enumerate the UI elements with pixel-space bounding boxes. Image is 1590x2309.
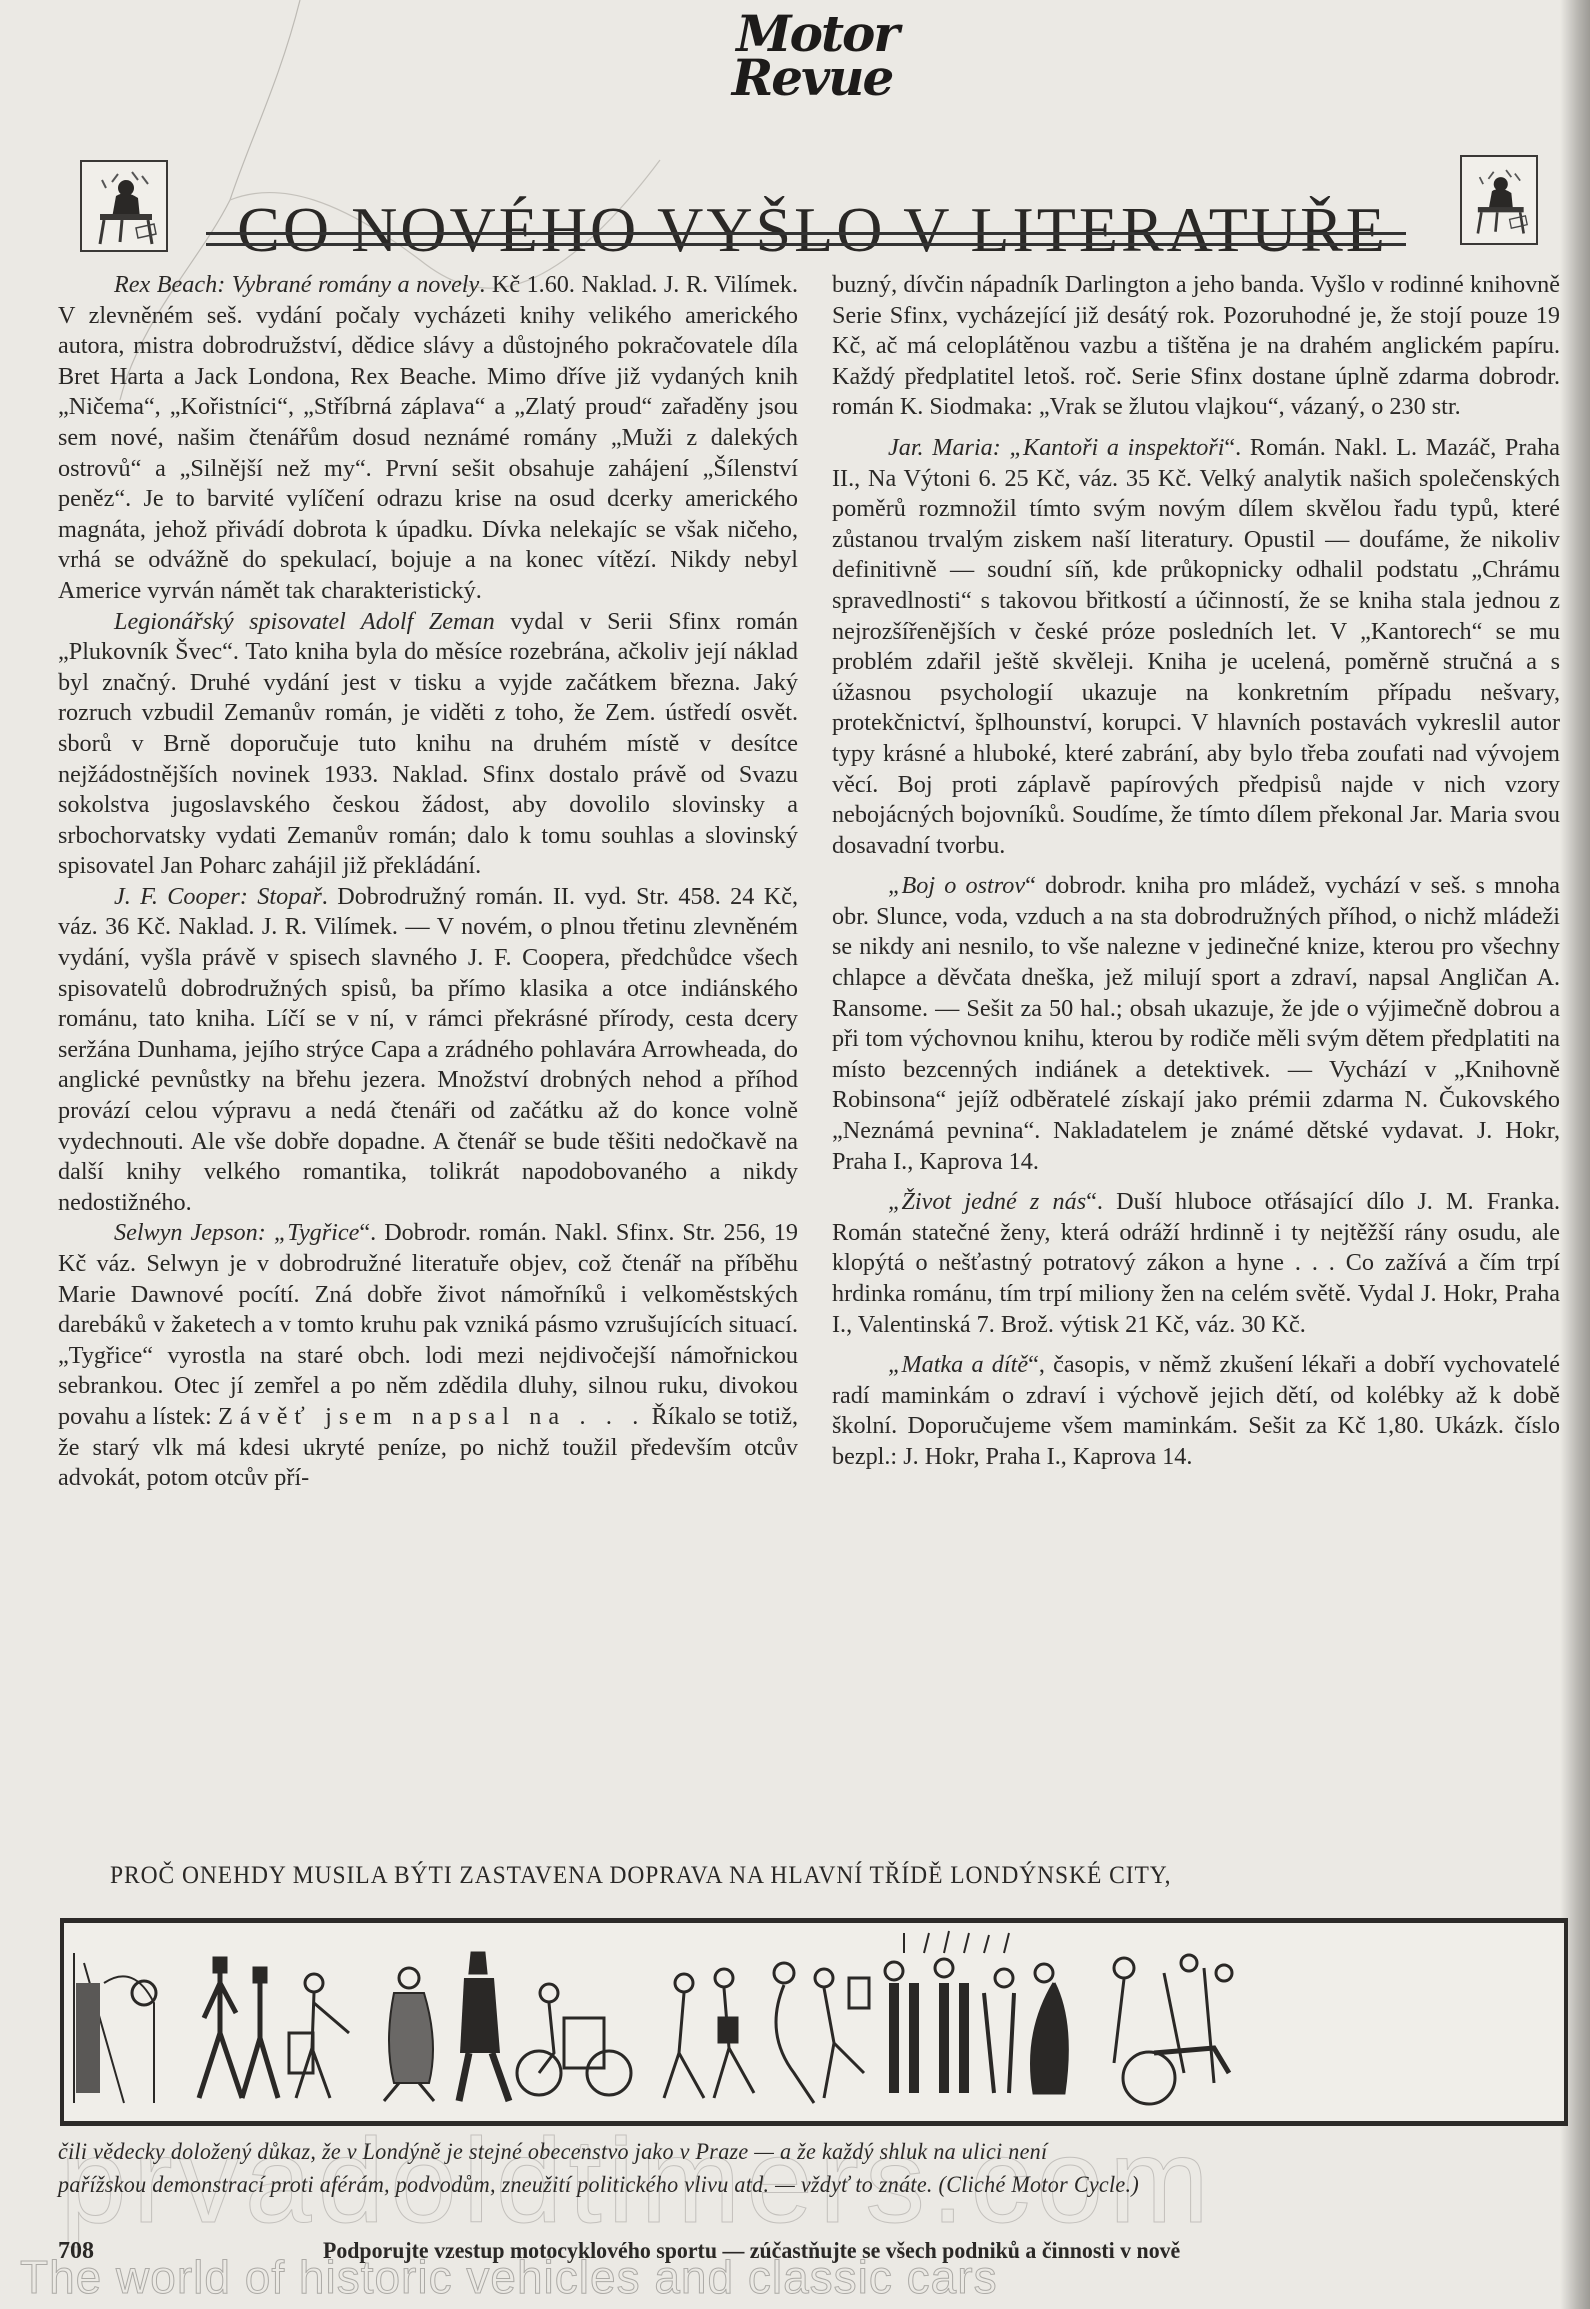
reading-figure-ornament-right-icon bbox=[1460, 155, 1538, 245]
review-spaced-quote: Závěť jsem napsal na . . . bbox=[218, 1403, 645, 1430]
review-jar-maria: Jar. Maria: „Kantoři a inspektoři“. Romá… bbox=[832, 433, 1560, 861]
review-rex-beach: Rex Beach: Vybrané romány a novely. Kč 1… bbox=[58, 270, 798, 607]
logo-line-revue: Revue bbox=[722, 56, 902, 100]
watermark-text: The world of historic vehicles and class… bbox=[20, 2250, 998, 2304]
review-adolf-zeman: Legionářský spisovatel Adolf Zeman vydal… bbox=[58, 607, 798, 882]
review-title: Rex Beach: Vybrané romány a novely bbox=[114, 271, 479, 298]
review-title: Selwyn Jepson: „Tygřice bbox=[114, 1219, 359, 1246]
left-column: Rex Beach: Vybrané romány a novely. Kč 1… bbox=[58, 270, 798, 1494]
review-body: “. Román. Nakl. L. Mazáč, Praha II., Na … bbox=[832, 434, 1560, 859]
review-body: buzný, dívčin nápadník Darlington a jeho… bbox=[832, 271, 1560, 420]
review-matka-a-dite: „Matka a dítě“, časopis, v němž zkušení … bbox=[832, 1350, 1560, 1472]
cartoon-caption: čili vědecky doložený důkaz, že v Londýn… bbox=[58, 2135, 1498, 2201]
magazine-logo: Motor Revue bbox=[732, 12, 902, 100]
reading-figure-ornament-left-icon bbox=[80, 160, 168, 252]
review-body: vydal v Serii Sfinx román „Plukovník Šve… bbox=[58, 608, 798, 880]
review-title: „Život jedné z nás bbox=[888, 1188, 1086, 1215]
review-title: Jar. Maria: „Kantoři a inspektoři bbox=[888, 434, 1224, 461]
page-title: CO NOVÉHO VYŠLO V LITERATUŘE bbox=[205, 193, 1420, 267]
review-cooper-stopar: J. F. Cooper: Stopař. Dobrodružný román.… bbox=[58, 882, 798, 1219]
cartoon-title: PROČ ONEHDY MUSILA BÝTI ZASTAVENA DOPRAV… bbox=[110, 1862, 1445, 1890]
review-jepson-continued: buzný, dívčin nápadník Darlington a jeho… bbox=[832, 270, 1560, 423]
review-body: “ dobrodr. kniha pro mládež, vychází v s… bbox=[832, 872, 1560, 1174]
review-title: J. F. Cooper: Stopař bbox=[114, 883, 322, 910]
review-body: . Kč 1.60. Naklad. J. R. Vilímek. V zlev… bbox=[58, 271, 798, 604]
cartoon-strip-image bbox=[60, 1918, 1568, 2126]
caption-line: čili vědecky doložený důkaz, že v Londýn… bbox=[58, 2135, 1498, 2168]
review-body: “. Dobrodr. román. Nakl. Sfinx. Str. 256… bbox=[58, 1219, 798, 1430]
caption-line: pařížskou demonstrací proti aférám, podv… bbox=[58, 2168, 1498, 2201]
headline-double-rule bbox=[206, 232, 1406, 246]
review-title: Legionářský spisovatel Adolf Zeman bbox=[114, 608, 495, 635]
review-body: . Dobrodružný román. II. vyd. Str. 458. … bbox=[58, 883, 798, 1216]
review-jepson-tygrice: Selwyn Jepson: „Tygřice“. Dobrodr. román… bbox=[58, 1218, 798, 1493]
review-title: „Boj o ostrov bbox=[888, 872, 1025, 899]
review-title: „Matka a dítě bbox=[888, 1351, 1028, 1378]
right-column: buzný, dívčin nápadník Darlington a jeho… bbox=[832, 270, 1560, 1473]
review-boj-o-ostrov: „Boj o ostrov“ dobrodr. kniha pro mládež… bbox=[832, 871, 1560, 1177]
review-zivot-jedne-z-nas: „Život jedné z nás“. Duší hluboce otřása… bbox=[832, 1187, 1560, 1340]
